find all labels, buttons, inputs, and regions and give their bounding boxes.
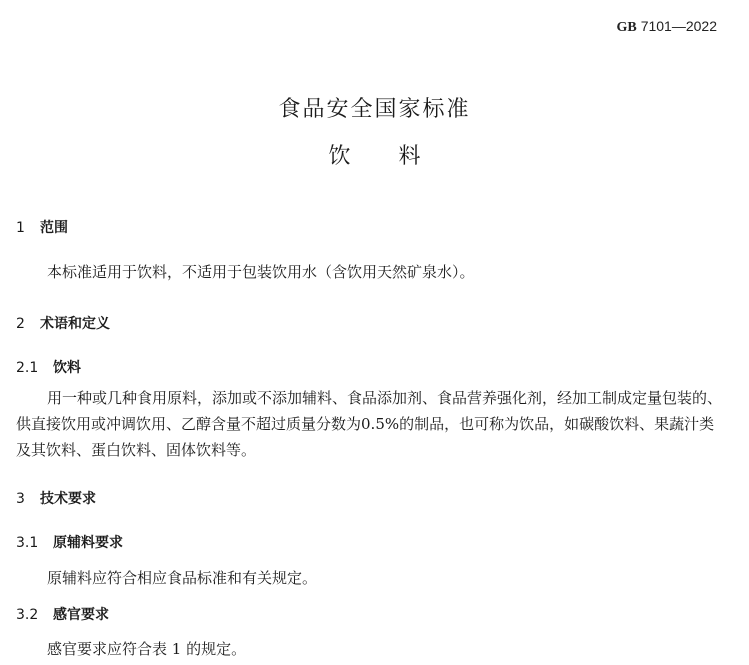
- section-number: 3: [16, 491, 40, 507]
- section-number: 3.1: [16, 535, 53, 551]
- section-heading-2: 2术语和定义: [16, 313, 110, 333]
- section-body-2-1: 用一种或几种食用原料，添加或不添加辅料、食品添加剂、食品营养强化剂，经加工制成定…: [16, 385, 722, 463]
- section-title: 原辅料要求: [53, 535, 123, 551]
- section-body-3-2: 感官要求应符合表 1 的规定。: [16, 636, 722, 662]
- section-title: 饮料: [53, 360, 81, 376]
- section-title: 范围: [40, 220, 68, 236]
- section-title: 感官要求: [53, 607, 109, 623]
- standard-prefix: GB: [616, 20, 636, 35]
- section-number: 3.2: [16, 607, 53, 623]
- section-body-3-1: 原辅料应符合相应食品标准和有关规定。: [16, 565, 722, 591]
- standard-code: GB7101—2022: [616, 18, 717, 36]
- section-number: 2: [16, 316, 40, 332]
- section-number: 1: [16, 220, 40, 236]
- document-title: 食品安全国家标准: [0, 92, 749, 123]
- section-body-1: 本标准适用于饮料，不适用于包装饮用水（含饮用天然矿泉水）。: [16, 259, 722, 285]
- subtitle-char-2: 料: [399, 139, 421, 170]
- section-heading-2-1: 2.1饮料: [16, 357, 81, 377]
- subtitle-char-1: 饮: [328, 139, 350, 170]
- standard-number: 7101—2022: [641, 18, 717, 34]
- section-heading-3-2: 3.2感官要求: [16, 604, 109, 624]
- section-heading-3-1: 3.1原辅料要求: [16, 532, 123, 552]
- section-heading-3: 3技术要求: [16, 488, 96, 508]
- section-heading-1: 1范围: [16, 217, 68, 237]
- document-subtitle: 饮料: [0, 139, 749, 170]
- section-title: 技术要求: [40, 491, 96, 507]
- section-number: 2.1: [16, 360, 53, 376]
- section-title: 术语和定义: [40, 316, 110, 332]
